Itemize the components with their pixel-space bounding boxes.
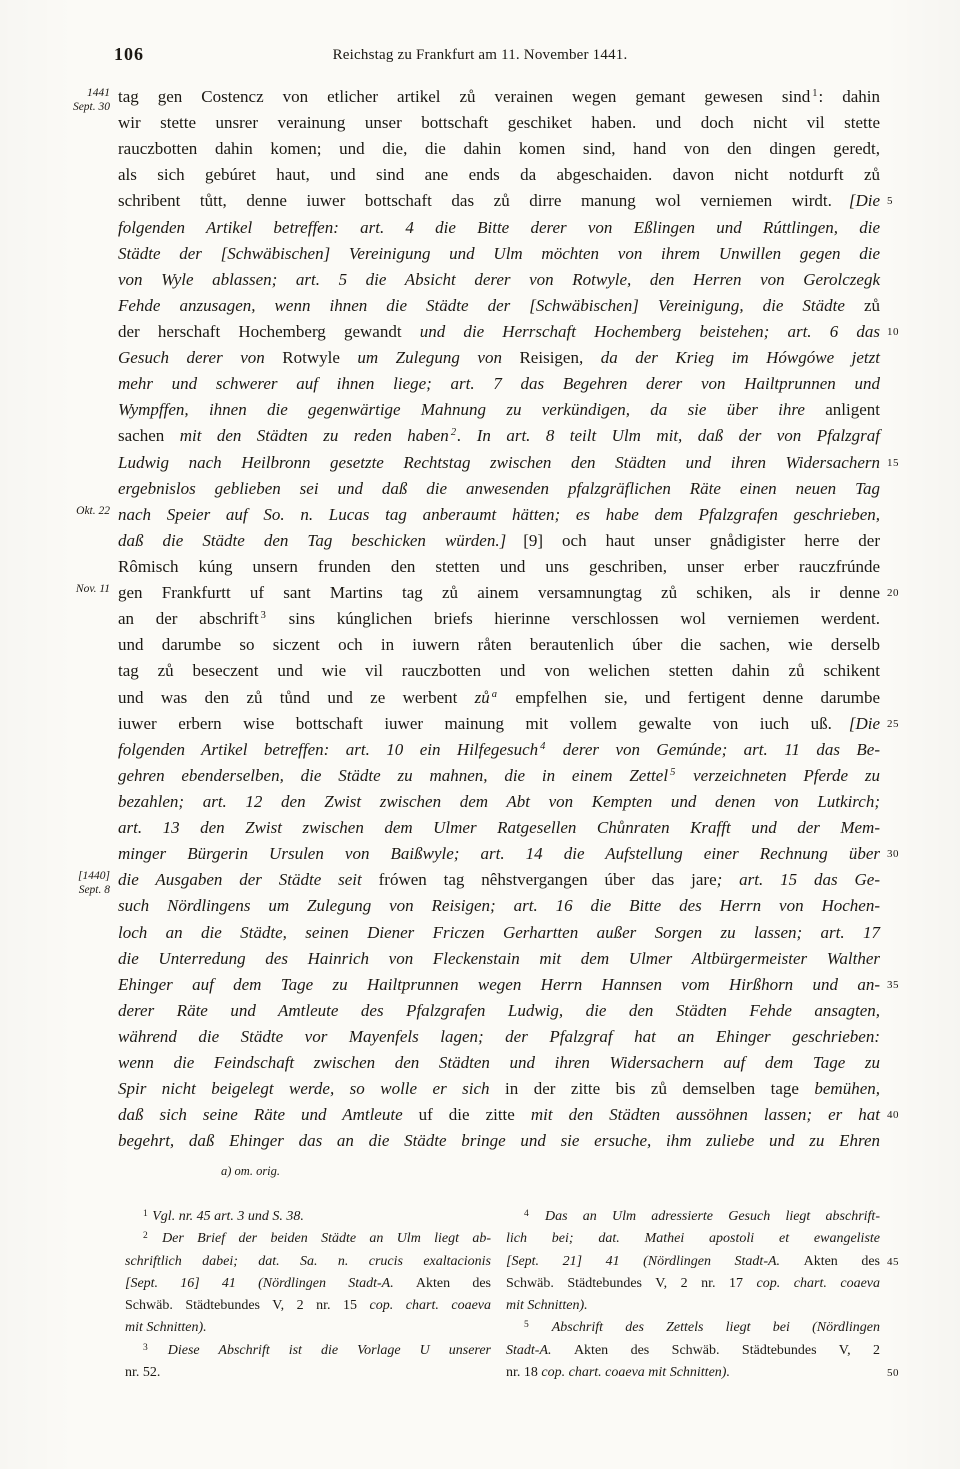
text-run: als sich gebúret haut, und sind ane ends… <box>118 165 880 184</box>
footnote-line: 1 Vgl. nr. 45 art. 3 und S. 38. <box>125 1206 491 1228</box>
text-run: Akten des Schwäb. Städtebundes V, 2 <box>574 1343 880 1358</box>
footnote-line: mit Schnitten). <box>125 1317 491 1339</box>
text-run: Gesuch derer von <box>118 348 282 367</box>
text-run: daß sich seine Räte und Amtleute <box>118 1105 419 1124</box>
body-line: der herschaft Hochemberg gewandt und die… <box>118 319 880 345</box>
text-run: und die Herrschaft Hochemberg beistehen;… <box>420 322 880 341</box>
text-run: schribent tůtt, denne iuwer bottschaft d… <box>118 191 832 210</box>
footnote-line: 5 Abschrift des Zettels liegt bei (Nördl… <box>506 1317 880 1339</box>
margin-date-line: 1441 <box>60 87 110 101</box>
footnote-line: nr. 18 cop. chart. coaeva mit Schnitten)… <box>506 1362 880 1384</box>
text-run: empfelhen sie, und fertigent denne darum… <box>498 688 880 707</box>
body-line: 1441Sept. 30tag gen Costencz von etliche… <box>118 84 880 110</box>
text-run: Diese Abschrift ist die Vorlage U unsere… <box>149 1343 491 1358</box>
footnote-line: Stadt-A. Akten des Schwäb. Städtebundes … <box>506 1340 880 1362</box>
text-run: während die Städte vor Mayenfels lagen; … <box>118 1027 880 1046</box>
text-run: Schwäb. Städtebundes V, 2 nr. 15 <box>125 1298 370 1313</box>
line-number: 10 <box>887 320 913 344</box>
text-run: mit den Städten aussöhnen lassen; er hat <box>531 1105 880 1124</box>
line-number: 45 <box>887 1251 913 1273</box>
text-run: Reisigen <box>519 348 579 367</box>
text-run: und darumbe so siczent och in iuwern råt… <box>118 635 880 654</box>
footnotes-left-column: 1 Vgl. nr. 45 art. 3 und S. 38.2 Der Bri… <box>125 1206 491 1384</box>
body-line: Spir nicht beigelegt werde, so wolle er … <box>118 1076 880 1102</box>
body-line: schribent tůtt, denne iuwer bottschaft d… <box>118 188 880 214</box>
footnote-line: 2 Der Brief der beiden Städte an Ulm lie… <box>125 1228 491 1250</box>
body-line: Gesuch derer von Rotwyle um Zulegung von… <box>118 345 880 371</box>
body-line: Städte der [Schwäbischen] Vereinigung un… <box>118 241 880 267</box>
text-run: Wympffen, ihnen die gegenwärtige Mahnung… <box>118 400 825 419</box>
text-run: Fehde anzusagen, wenn ihnen die Städte d… <box>118 296 864 315</box>
line-number: 35 <box>887 973 913 997</box>
footnote-line: 4 Das an Ulm adressierte Gesuch liegt ab… <box>506 1206 880 1228</box>
body-line: an der abschrift3 sins kúnglichen briefs… <box>118 606 880 632</box>
text-run: sachen <box>118 426 180 445</box>
text-run: [Die <box>832 191 880 210</box>
text-run: zů <box>864 296 880 315</box>
line-number: 30 <box>887 842 913 866</box>
margin-date-note: Nov. 11 <box>60 583 110 597</box>
text-run: loch an die Städte, seinen Diener Fricze… <box>118 923 880 942</box>
body-line: folgenden Artikel betreffen: art. 10 ein… <box>118 737 880 763</box>
text-run: die Ausgaben der Städte seit <box>118 870 379 889</box>
text-run: folgenden Artikel betreffen: art. 4 die … <box>118 218 880 237</box>
text-run: Ludwig nach Heilbronn gesetzte Rechtstag… <box>118 453 880 472</box>
text-run: nach Speier auf So. n. Lucas tag anberau… <box>118 505 880 524</box>
footnote-line: [Sept. 21] 41 (Nördlingen Stadt-A. Akten… <box>506 1251 880 1273</box>
body-line: und darumbe so siczent och in iuwern råt… <box>118 632 880 658</box>
line-number: 40 <box>887 1103 913 1127</box>
text-run: Stadt-A. <box>506 1343 574 1358</box>
margin-date-note: Okt. 22 <box>60 505 110 519</box>
text-run: Städte der [Schwäbischen] Vereinigung un… <box>118 244 880 263</box>
body-line: daß die Städte den Tag beschicken würden… <box>118 528 880 554</box>
text-run: anligent <box>825 400 880 419</box>
text-run: art. 13 den Zwist zwischen dem Ulmer Rat… <box>118 818 880 837</box>
footnote-line: mit Schnitten). <box>506 1295 880 1317</box>
body-line: Ludwig nach Heilbronn gesetzte Rechtstag… <box>118 450 880 476</box>
text-run: mit den Städten zu reden haben <box>180 426 449 445</box>
text-run: rauczbotten dahin komen; und die, die da… <box>118 139 880 158</box>
text-run: iuwer erbern wise bottschaft iuwer mainu… <box>118 714 832 733</box>
footnote-line: lich bei; dat. Mathei apostoli et ewange… <box>506 1228 880 1250</box>
body-line: bezahlen; art. 12 den Zwist zwischen dem… <box>118 789 880 815</box>
text-run: lich bei; dat. Mathei apostoli et ewange… <box>506 1231 880 1246</box>
text-run: bezahlen; art. 12 den Zwist zwischen dem… <box>118 792 880 811</box>
footnote-line: schriftlich dabei; dat. Sa. n. crucis ex… <box>125 1251 491 1273</box>
margin-date-note: [1440]Sept. 8 <box>60 870 110 897</box>
text-run: mit Schnitten). <box>125 1320 207 1335</box>
text-run: . In art. 8 teilt Ulm mit, daß der von P… <box>457 426 880 445</box>
text-run: cop. chart. coaeva <box>370 1298 491 1313</box>
line-number: 20 <box>887 581 913 605</box>
text-run: der herschaft Hochemberg gewandt <box>118 322 420 341</box>
text-run: [Sept. 21] 41 (Nördlingen Stadt-A. <box>506 1254 804 1269</box>
text-run: Spir nicht beigelegt werde, so wolle er … <box>118 1079 505 1098</box>
text-run: cop. chart. coaeva <box>757 1276 880 1291</box>
body-line: folgenden Artikel betreffen: art. 4 die … <box>118 215 880 241</box>
text-run: : dahin <box>819 87 880 106</box>
text-run: Rotwyle <box>282 348 340 367</box>
text-run: mehr und schwerer auf ihnen liege; art. … <box>118 374 880 393</box>
text-run: nr. 18 <box>506 1365 541 1380</box>
text-run: zů <box>475 688 490 707</box>
text-run: die Unterredung des Hainrich von Flecken… <box>118 949 880 968</box>
body-line: iuwer erbern wise bottschaft iuwer mainu… <box>118 711 880 737</box>
footnote-marker: 1 <box>812 88 817 99</box>
text-run: cop. chart. coaeva mit Schnitten). <box>541 1365 730 1380</box>
footnote-line: [Sept. 16] 41 (Nördlingen Stadt-A. Akten… <box>125 1273 491 1295</box>
body-line: such Nördlingens um Zulegung von Reisige… <box>118 893 880 919</box>
text-run: Ehinger auf dem Tage zu Hailtprunnen weg… <box>118 975 880 994</box>
text-run: an der abschrift <box>118 609 259 628</box>
page: 106 Reichstag zu Frankfurt am 11. Novemb… <box>0 0 960 1469</box>
text-run: Das an Ulm adressierte Gesuch liegt absc… <box>530 1209 880 1224</box>
margin-date-line: Nov. 11 <box>60 583 110 597</box>
body-line: rauczbotten dahin komen; und die, die da… <box>118 136 880 162</box>
text-run: mit Schnitten). <box>506 1298 588 1313</box>
margin-date-note: 1441Sept. 30 <box>60 87 110 114</box>
footnote-marker: 2 <box>451 427 456 438</box>
footnote-line: nr. 52. <box>125 1362 491 1384</box>
margin-date-line: [1440] <box>60 870 110 884</box>
footnote-marker: 1 <box>143 1209 148 1219</box>
text-run: um Zulegung von <box>340 348 520 367</box>
text-run: tag gen Costencz von etlicher artikel zů… <box>118 87 810 106</box>
body-line: begehrt, daß Ehinger das an die Städte b… <box>118 1128 880 1154</box>
text-run: wir stette unsrer verainung unser bottsc… <box>118 113 880 132</box>
text-run: [9] och haut unser gnådigister herre der <box>506 531 880 550</box>
text-run: und was den zů tůnd und ze werbent <box>118 688 475 707</box>
text-run: , da der Krieg im Hówgówe jetzt <box>579 348 880 367</box>
text-run: [Sept. 16] 41 (Nördlingen Stadt-A. <box>125 1276 416 1291</box>
text-run: such Nördlingens um Zulegung von Reisige… <box>118 896 880 915</box>
text-run: begehrt, daß Ehinger das an die Städte b… <box>118 1131 880 1150</box>
text-run: minger Bürgerin Ursulen von Baißwyle; ar… <box>118 844 880 863</box>
body-line: Nov. 11gen Frankfurtt uf sant Martins ta… <box>118 580 880 606</box>
footnote-marker: 3 <box>261 610 266 621</box>
text-run: Rômisch kúng unsern frunden den stetten … <box>118 557 880 576</box>
text-run: verzeichneten Pferde zu <box>676 766 880 785</box>
text-run: wenn die Feindschaft zwischen den Städte… <box>118 1053 880 1072</box>
text-run: derer Räte und Amtleute des Pfalzgrafen … <box>118 1001 880 1020</box>
text-run: nr. 52. <box>125 1365 160 1380</box>
body-line: während die Städte vor Mayenfels lagen; … <box>118 1024 880 1050</box>
body-line: als sich gebúret haut, und sind ane ends… <box>118 162 880 188</box>
text-run: Schwäb. Städtebundes V, 2 nr. 17 <box>506 1276 757 1291</box>
footnote-marker: a <box>492 689 497 700</box>
footnote-marker: 5 <box>524 1320 529 1330</box>
margin-date-line: Sept. 8 <box>60 884 110 898</box>
body-line: minger Bürgerin Ursulen von Baißwyle; ar… <box>118 841 880 867</box>
footnote-line: Schwäb. Städtebundes V, 2 nr. 17 cop. ch… <box>506 1273 880 1295</box>
body-line: daß sich seine Räte und Amtleute uf die … <box>118 1102 880 1128</box>
text-run: Vgl. nr. 45 art. 3 und S. 38. <box>149 1209 304 1224</box>
margin-date-line: Sept. 30 <box>60 101 110 115</box>
text-run: frówen tag nêhstvergangen úber das jare <box>379 870 717 889</box>
text-run: tag zů beseczent und wie vil rauczbotten… <box>118 661 880 680</box>
footnotes-right-column: 4 Das an Ulm adressierte Gesuch liegt ab… <box>506 1206 880 1384</box>
text-run: Akten des <box>804 1254 880 1269</box>
body-line: von Wyle ablassen; art. 5 die Absicht de… <box>118 267 880 293</box>
footnote-marker: 2 <box>143 1231 148 1241</box>
body-line: Wympffen, ihnen die gegenwärtige Mahnung… <box>118 397 880 423</box>
line-number: 50 <box>887 1362 913 1384</box>
line-number: 15 <box>887 451 913 475</box>
footnote-line: Schwäb. Städtebundes V, 2 nr. 15 cop. ch… <box>125 1295 491 1317</box>
body-line: wir stette unsrer verainung unser bottsc… <box>118 110 880 136</box>
text-run: folgenden Artikel betreffen: art. 10 ein… <box>118 740 538 759</box>
text-run: gen Frankfurtt uf sant Martins tag zů ai… <box>118 583 880 602</box>
text-run: Akten des <box>416 1276 491 1291</box>
text-run: derer von Gemúnde; art. 11 das Be- <box>546 740 880 759</box>
text-run: Abschrift des Zettels liegt bei (Nördlin… <box>530 1320 880 1335</box>
margin-date-line: Okt. 22 <box>60 505 110 519</box>
body-line: und was den zů tůnd und ze werbent zůa e… <box>118 685 880 711</box>
apparatus-note: a) om. orig. <box>221 1164 280 1179</box>
text-run: ergebnislos geblieben sei und daß die an… <box>118 479 880 498</box>
body-line: art. 13 den Zwist zwischen dem Ulmer Rat… <box>118 815 880 841</box>
line-number: 25 <box>887 712 913 736</box>
body-line: Fehde anzusagen, wenn ihnen die Städte d… <box>118 293 880 319</box>
body-text: 1441Sept. 30tag gen Costencz von etliche… <box>118 84 880 1154</box>
footnote-marker: 4 <box>524 1209 529 1219</box>
body-line: tag zů beseczent und wie vil rauczbotten… <box>118 658 880 684</box>
body-line: mehr und schwerer auf ihnen liege; art. … <box>118 371 880 397</box>
footnote-line: 3 Diese Abschrift ist die Vorlage U unse… <box>125 1340 491 1362</box>
text-run: bemühen, <box>814 1079 880 1098</box>
body-line: loch an die Städte, seinen Diener Fricze… <box>118 920 880 946</box>
text-run: von Wyle ablassen; art. 5 die Absicht de… <box>118 270 880 289</box>
line-number: 5 <box>887 189 913 213</box>
footnote-marker: 3 <box>143 1343 148 1353</box>
body-line: [1440]Sept. 8die Ausgaben der Städte sei… <box>118 867 880 893</box>
body-line: sachen mit den Städten zu reden haben2. … <box>118 423 880 449</box>
body-line: Rômisch kúng unsern frunden den stetten … <box>118 554 880 580</box>
body-line: die Unterredung des Hainrich von Flecken… <box>118 946 880 972</box>
body-line: ergebnislos geblieben sei und daß die an… <box>118 476 880 502</box>
body-line: gehren ebenderselben, die Städte zu mahn… <box>118 763 880 789</box>
body-line: derer Räte und Amtleute des Pfalzgrafen … <box>118 998 880 1024</box>
text-run: gehren ebenderselben, die Städte zu mahn… <box>118 766 668 785</box>
text-run: [Die <box>832 714 880 733</box>
text-run: in der zitte bis zů demselben tage <box>505 1079 814 1098</box>
body-line: wenn die Feindschaft zwischen den Städte… <box>118 1050 880 1076</box>
text-run: schriftlich dabei; dat. Sa. n. crucis ex… <box>125 1254 491 1269</box>
footnote-marker: 4 <box>540 741 545 752</box>
text-run: daß die Städte den Tag beschicken würden… <box>118 531 506 550</box>
text-run: ; art. 15 das Ge- <box>717 870 880 889</box>
text-run: Der Brief der beiden Städte an Ulm liegt… <box>149 1231 491 1246</box>
running-header-title: Reichstag zu Frankfurt am 11. November 1… <box>0 47 960 64</box>
body-line: Okt. 22nach Speier auf So. n. Lucas tag … <box>118 502 880 528</box>
text-run: uf die zitte <box>419 1105 531 1124</box>
footnote-marker: 5 <box>670 767 675 778</box>
text-run: sins kúnglichen briefs hierinne verschlo… <box>267 609 880 628</box>
body-line: Ehinger auf dem Tage zu Hailtprunnen weg… <box>118 972 880 998</box>
